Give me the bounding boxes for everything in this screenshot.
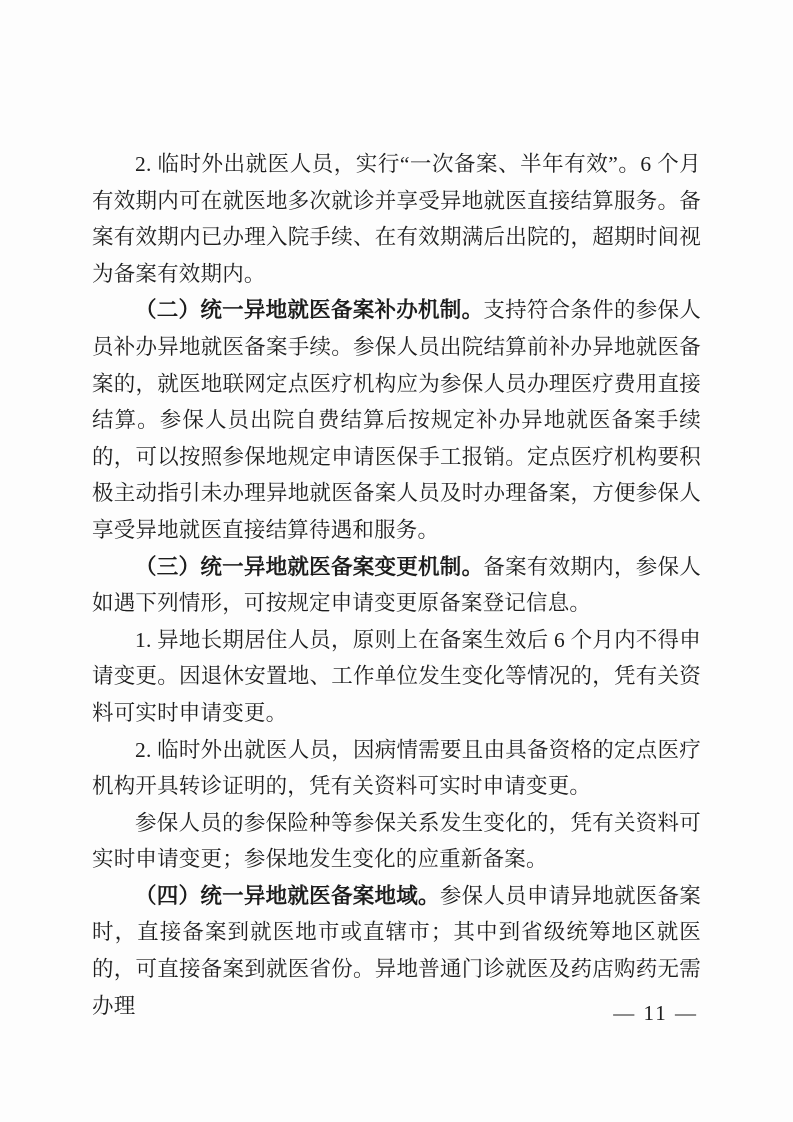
paragraph: 1. 异地长期居住人员，原则上在备案生效后 6 个月内不得申请变更。因退休安置地… [92,622,701,732]
paragraph-text: 参保人员的参保险种等参保关系发生变化的，凭有关资料可实时申请变更；参保地发生变化… [92,811,701,872]
paragraph: 2. 临时外出就医人员，实行“一次备案、半年有效”。6 个月有效期内可在就医地多… [92,146,701,292]
paragraph: 参保人员的参保险种等参保关系发生变化的，凭有关资料可实时申请变更；参保地发生变化… [92,805,701,878]
paragraph: （三）统一异地就医备案变更机制。备案有效期内，参保人如遇下列情形，可按规定申请变… [92,549,701,622]
paragraph-text: 2. 临时外出就医人员，实行“一次备案、半年有效”。6 个月有效期内可在就医地多… [92,152,701,286]
paragraph: （二）统一异地就医备案补办机制。支持符合条件的参保人员补办异地就医备案手续。参保… [92,292,701,548]
paragraph-lead: （三）统一异地就医备案变更机制。 [135,555,483,579]
paragraph-lead: （四）统一异地就医备案地域。 [135,884,440,908]
document-body: 2. 临时外出就医人员，实行“一次备案、半年有效”。6 个月有效期内可在就医地多… [92,146,701,1024]
paragraph-lead: （二）统一异地就医备案补办机制。 [135,298,483,322]
paragraph: （四）统一异地就医备案地域。参保人员申请异地就医备案时，直接备案到就医地市或直辖… [92,878,701,1024]
paragraph-text: 1. 异地长期居住人员，原则上在备案生效后 6 个月内不得申请变更。因退休安置地… [92,628,701,725]
paragraph: 2. 临时外出就医人员，因病情需要且由具备资格的定点医疗机构开具转诊证明的，凭有… [92,732,701,805]
paragraph-text: 2. 临时外出就医人员，因病情需要且由具备资格的定点医疗机构开具转诊证明的，凭有… [92,738,701,799]
document-page: 2. 临时外出就医人员，实行“一次备案、半年有效”。6 个月有效期内可在就医地多… [0,0,793,1122]
paragraph-text: 支持符合条件的参保人员补办异地就医备案手续。参保人员出院结算前补办异地就医备案的… [92,298,701,542]
page-number: — 11 — [613,1001,698,1026]
